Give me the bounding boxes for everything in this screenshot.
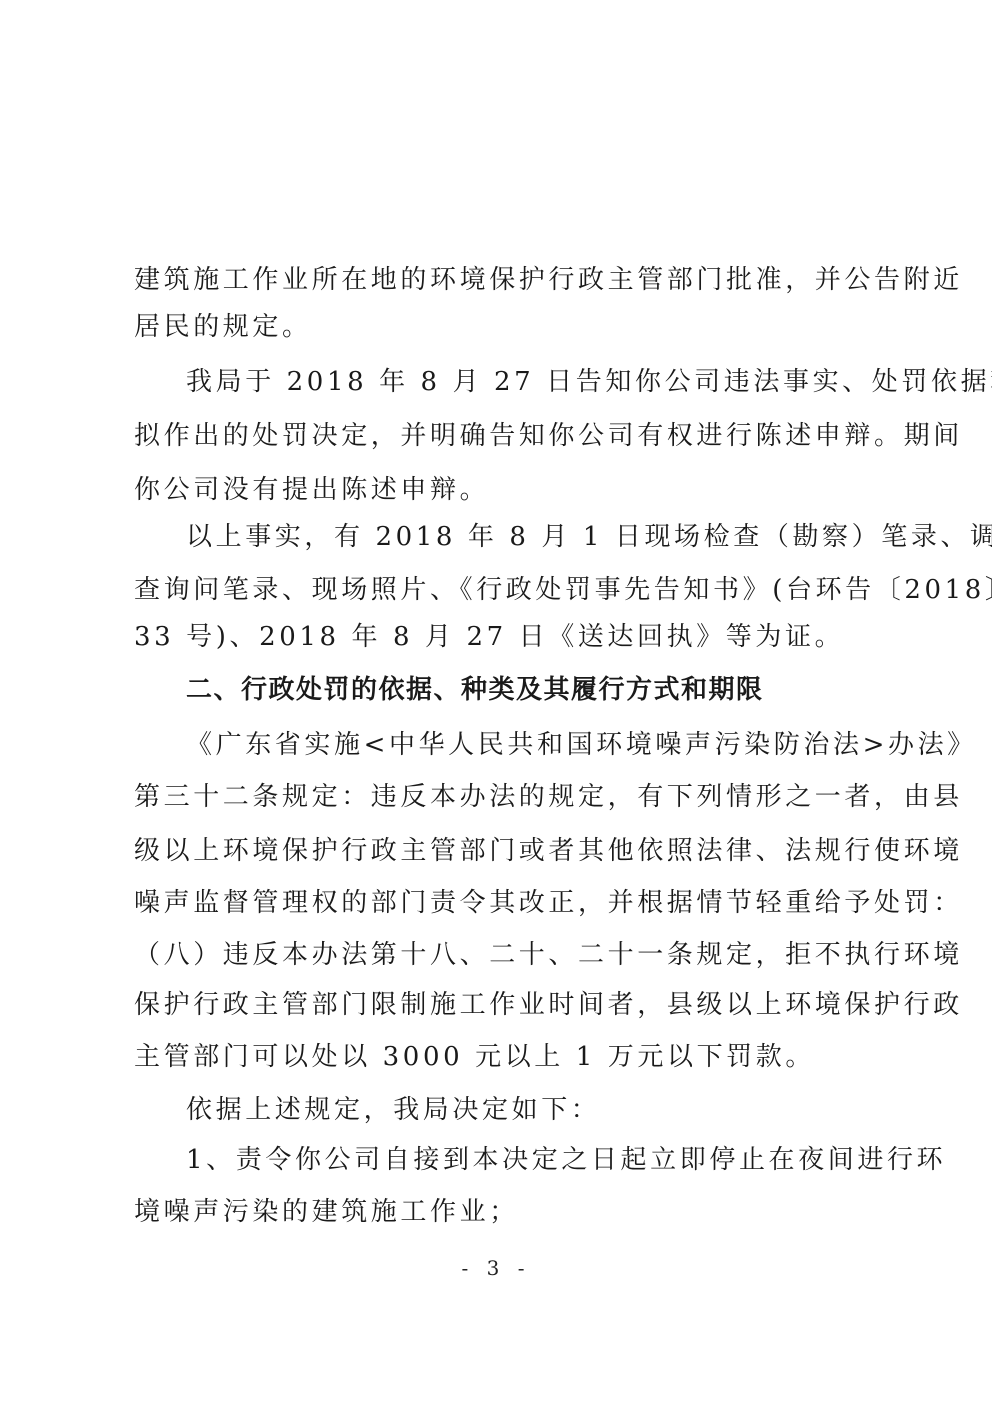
body-line: 级以上环境保护行政主管部门或者其他依照法律、法规行使环境 [134, 831, 868, 871]
page-number: - 3 - [0, 1256, 992, 1280]
body-line: 境噪声污染的建筑施工作业； [134, 1192, 868, 1232]
paragraph-evidence: 以上事实，有 2018 年 8 月 1 日现场检查（勘察）笔录、调 [186, 517, 868, 557]
body-line: 你公司没有提出陈述申辩。 [134, 470, 868, 510]
decision-item-1: 1、责令你公司自接到本决定之日起立即停止在夜间进行环 [186, 1140, 868, 1180]
paragraph-decision-intro: 依据上述规定，我局决定如下： [186, 1090, 868, 1130]
body-line: 第三十二条规定：违反本办法的规定，有下列情形之一者，由县 [134, 777, 868, 817]
body-line: 33 号)、2018 年 8 月 27 日《送达回执》等为证。 [134, 617, 868, 657]
body-line: 保护行政主管部门限制施工作业时间者，县级以上环境保护行政 [134, 985, 868, 1025]
section-heading: 二、行政处罚的依据、种类及其履行方式和期限 [186, 670, 868, 710]
paragraph-legal-basis: 《广东省实施<中华人民共和国环境噪声污染防治法>办法》 [186, 725, 868, 765]
body-line: 主管部门可以处以 3000 元以上 1 万元以下罚款。 [134, 1037, 868, 1077]
body-line: 居民的规定。 [134, 307, 868, 347]
body-line: （八）违反本办法第十八、二十、二十一条规定，拒不执行环境 [134, 935, 868, 975]
body-line: 拟作出的处罚决定，并明确告知你公司有权进行陈述申辩。期间 [134, 416, 868, 456]
document-page: 建筑施工作业所在地的环境保护行政主管部门批准，并公告附近 居民的规定。 我局于 … [0, 0, 992, 1403]
body-line: 噪声监督管理权的部门责令其改正，并根据情节轻重给予处罚： [134, 883, 868, 923]
body-line: 查询问笔录、现场照片、《行政处罚事先告知书》(台环告〔2018〕 [134, 570, 868, 610]
paragraph-notice: 我局于 2018 年 8 月 27 日告知你公司违法事实、处罚依据和 [186, 362, 868, 402]
body-line: 建筑施工作业所在地的环境保护行政主管部门批准，并公告附近 [134, 260, 868, 300]
